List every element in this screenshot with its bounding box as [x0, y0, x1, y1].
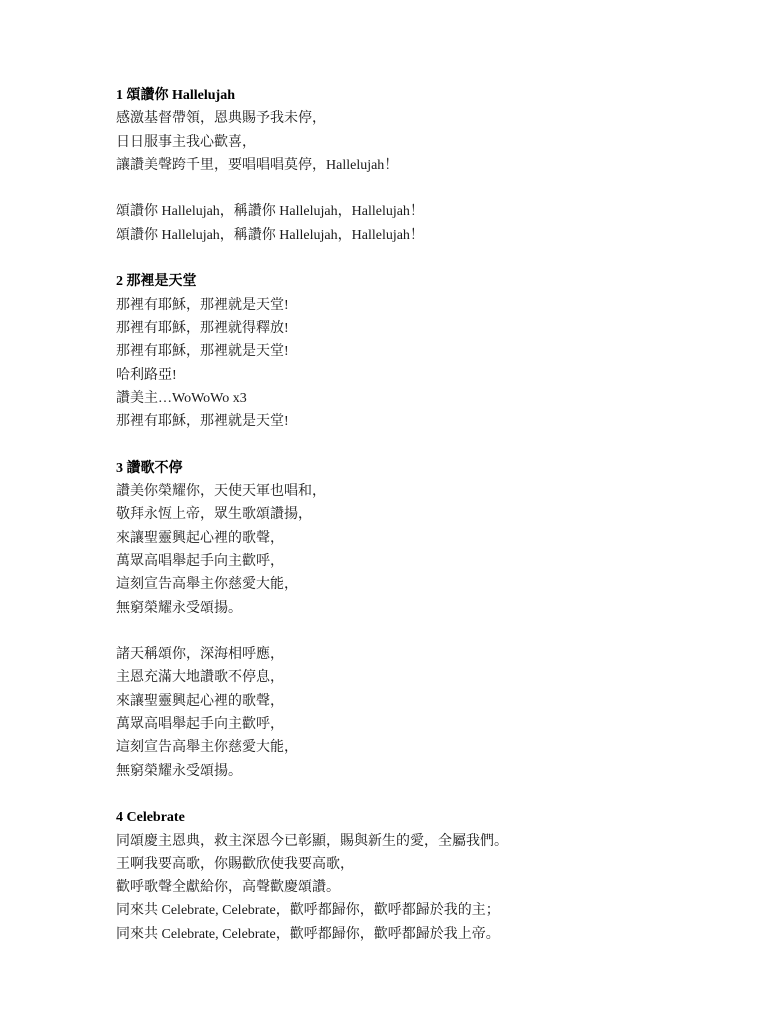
lyric-line: 來讓聖靈興起心裡的歌聲，	[116, 527, 676, 550]
lyric-line: 敬拜永恆上帝，眾生歌頌讚揚，	[116, 503, 676, 526]
lyric-line: 頌讚你 Hallelujah，稱讚你 Hallelujah，Hallelujah…	[116, 200, 676, 223]
lyric-line: 諸天稱頌你，深海相呼應，	[116, 643, 676, 666]
lyric-line: 那裡有耶穌，那裡就是天堂!	[116, 294, 676, 317]
lyric-line: 同來共 Celebrate, Celebrate，歡呼都歸你，歡呼都歸於我的主；	[116, 899, 676, 922]
lyric-line: 無窮榮耀永受頌揚。	[116, 760, 676, 783]
lyric-line: 讚美你榮耀你，天使天軍也唱和，	[116, 480, 676, 503]
stanza: 那裡有耶穌，那裡就是天堂! 那裡有耶穌，那裡就得釋放! 那裡有耶穌，那裡就是天堂…	[116, 294, 676, 434]
song-2: 2 那裡是天堂 那裡有耶穌，那裡就是天堂! 那裡有耶穌，那裡就得釋放! 那裡有耶…	[116, 270, 676, 433]
lyric-line: 這刻宣告高舉主你慈愛大能，	[116, 736, 676, 759]
stanza: 諸天稱頌你，深海相呼應， 主恩充滿大地讚歌不停息， 來讓聖靈興起心裡的歌聲， 萬…	[116, 643, 676, 783]
song-title: 1 頌讚你 Hallelujah	[116, 84, 676, 107]
lyric-line: 那裡有耶穌，那裡就是天堂!	[116, 340, 676, 363]
lyric-line: 同來共 Celebrate, Celebrate，歡呼都歸你，歡呼都歸於我上帝。	[116, 923, 676, 946]
song-3: 3 讚歌不停 讚美你榮耀你，天使天軍也唱和， 敬拜永恆上帝，眾生歌頌讚揚， 來讓…	[116, 457, 676, 783]
lyric-line: 王啊我要高歌，你賜歡欣使我要高歌，	[116, 853, 676, 876]
stanza: 讚美你榮耀你，天使天軍也唱和， 敬拜永恆上帝，眾生歌頌讚揚， 來讓聖靈興起心裡的…	[116, 480, 676, 620]
lyrics-document: 1 頌讚你 Hallelujah 感激基督帶領，恩典賜予我未停， 日日服事主我心…	[116, 84, 676, 946]
lyric-line: 那裡有耶穌，那裡就是天堂!	[116, 410, 676, 433]
lyric-line: 歡呼歌聲全獻給你，高聲歡慶頌讚。	[116, 876, 676, 899]
lyric-line: 無窮榮耀永受頌揚。	[116, 597, 676, 620]
stanza: 同頌慶主恩典，救主深恩今已彰顯，賜與新生的愛，全屬我們。 王啊我要高歌，你賜歡欣…	[116, 830, 676, 946]
lyric-line: 日日服事主我心歡喜，	[116, 131, 676, 154]
stanza: 感激基督帶領，恩典賜予我未停， 日日服事主我心歡喜， 讓讚美聲跨千里，要唱唱唱莫…	[116, 107, 676, 177]
lyric-line: 萬眾高唱舉起手向主歡呼，	[116, 713, 676, 736]
stanza: 頌讚你 Hallelujah，稱讚你 Hallelujah，Hallelujah…	[116, 200, 676, 247]
lyric-line: 同頌慶主恩典，救主深恩今已彰顯，賜與新生的愛，全屬我們。	[116, 830, 676, 853]
lyric-line: 萬眾高唱舉起手向主歡呼，	[116, 550, 676, 573]
lyric-line: 哈利路亞!	[116, 364, 676, 387]
lyric-line: 讚美主…WoWoWo x3	[116, 387, 676, 410]
song-title: 3 讚歌不停	[116, 457, 676, 480]
lyric-line: 這刻宣告高舉主你慈愛大能，	[116, 573, 676, 596]
lyric-line: 感激基督帶領，恩典賜予我未停，	[116, 107, 676, 130]
lyric-line: 來讓聖靈興起心裡的歌聲，	[116, 690, 676, 713]
song-4: 4 Celebrate 同頌慶主恩典，救主深恩今已彰顯，賜與新生的愛，全屬我們。…	[116, 806, 676, 946]
lyric-line: 讓讚美聲跨千里，要唱唱唱莫停，Hallelujah！	[116, 154, 676, 177]
lyric-line: 主恩充滿大地讚歌不停息，	[116, 666, 676, 689]
song-title: 2 那裡是天堂	[116, 270, 676, 293]
song-1: 1 頌讚你 Hallelujah 感激基督帶領，恩典賜予我未停， 日日服事主我心…	[116, 84, 676, 247]
song-title: 4 Celebrate	[116, 806, 676, 829]
lyric-line: 那裡有耶穌，那裡就得釋放!	[116, 317, 676, 340]
lyric-line: 頌讚你 Hallelujah，稱讚你 Hallelujah，Hallelujah…	[116, 224, 676, 247]
